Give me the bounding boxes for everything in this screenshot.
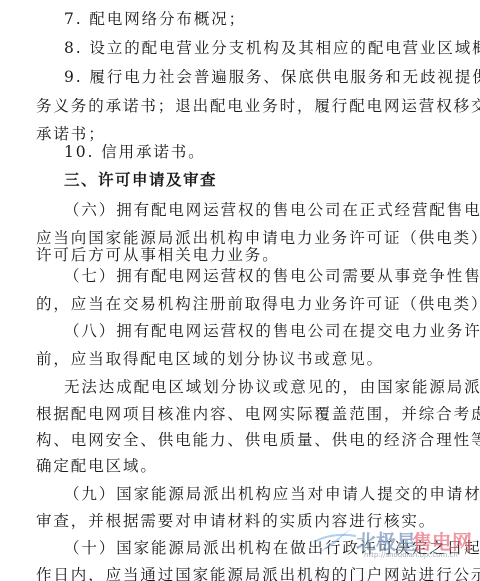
doc-line: （八）拥有配电网运营权的售电公司在提交电力业务许可申请 xyxy=(36,321,432,341)
doc-line: 务义务的承诺书；退出配电业务时，履行配电网运营权移交义务的 xyxy=(36,96,432,116)
doc-line: 前，应当取得配电区域的划分协议书或意见。 xyxy=(36,349,432,369)
doc-line: （六）拥有配电网运营权的售电公司在正式经营配售电业务前， xyxy=(36,200,432,220)
doc-line: 承诺书； xyxy=(36,124,432,144)
doc-line: 构、电网安全、供电能力、供电质量、供电的经济合理性等因素， xyxy=(36,430,432,450)
doc-line: 审查，并根据需要对申请材料的实质内容进行核实。 xyxy=(36,511,432,531)
doc-line: 确定配电区域。 xyxy=(36,456,432,476)
doc-line: 根据配电网项目核准内容、电网实际覆盖范围，并综合考虑电网结 xyxy=(36,404,432,424)
doc-line: 10. 信用承诺书。 xyxy=(36,142,432,162)
doc-line: 8. 设立的配电营业分支机构及其相应的配电营业区域概况； xyxy=(36,38,432,58)
doc-line: 的，应当在交易机构注册前取得电力业务许可证（供电类）。 xyxy=(36,294,432,314)
doc-line: 7. 配电网络分布概况； xyxy=(36,9,432,29)
doc-line: 许可后方可从事相关电力业务。 xyxy=(36,245,432,265)
doc-line: 无法达成配电区域划分协议或意见的，由国家能源局派出机构 xyxy=(36,377,432,397)
section-heading: 三、许可申请及审查 xyxy=(36,170,432,190)
doc-line: （九）国家能源局派出机构应当对申请人提交的申请材料进行 xyxy=(36,484,432,504)
doc-line: 作日内，应当通过国家能源局派出机构的门户网站进行公示，并同 xyxy=(36,565,432,581)
doc-line: （十）国家能源局派出机构在做出行政许可决定之日起 7 个工 xyxy=(36,538,432,558)
doc-line: 9. 履行电力社会普遍服务、保底供电服务和无歧视提供配电服 xyxy=(36,67,432,87)
doc-line: （七）拥有配电网运营权的售电公司需要从事竞争性售电业务 xyxy=(36,266,432,286)
